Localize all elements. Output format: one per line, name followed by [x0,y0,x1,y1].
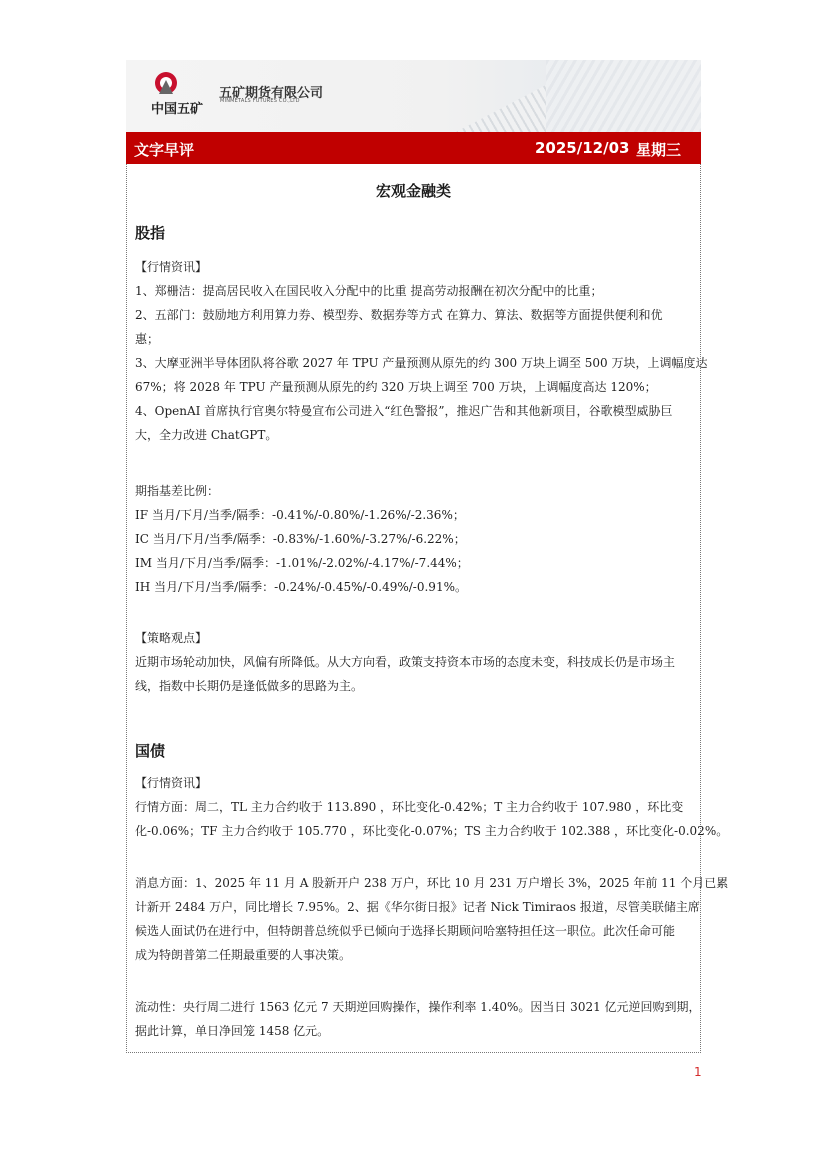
report-title: 文字早评 [134,139,194,160]
header-banner: 中国五矿 五矿期货有限公司 MINMETALS FUTURES CO.,LTD [126,60,701,132]
strategy-label: 【策略观点】 [135,630,207,646]
treasury-heading: 国债 [135,740,165,761]
report-body: 宏观金融类 股指 【行情资讯】 1、郑栅洁：提高居民收入在国民收入分配中的比重 … [126,164,701,1053]
liquidity-line: 流动性：央行周二进行 1563 亿元 7 天期逆回购操作，操作利率 1.40%。… [135,999,701,1015]
treasury-news-label: 【行情资讯】 [135,775,207,791]
banner-structure-graphic [456,85,546,132]
section-title: 宏观金融类 [127,180,700,201]
logo-text: 中国五矿 [151,98,203,117]
basis-line-if: IF 当月/下月/当季/隔季：-0.41%/-0.80%/-1.26%/-2.3… [135,507,465,523]
treasury-news-line: 消息方面：1、2025 年 11 月 A 股新开户 238 万户，环比 10 月… [135,875,728,891]
basis-line-im: IM 当月/下月/当季/隔季：-1.01%/-2.02%/-4.17%/-7.4… [135,555,469,571]
report-weekday: 星期三 [636,139,681,160]
news-line: 3、大摩亚洲半导体团队将谷歌 2027 年 TPU 产量预测从原先的约 300 … [135,355,707,371]
banner-glass-graphic [546,60,701,132]
news-line: 1、郑栅洁：提高居民收入在国民收入分配中的比重 提高劳动报酬在初次分配中的比重； [135,283,602,299]
treasury-news-line: 候选人面试仍在进行中，但特朗普总统似乎已倾向于选择长期顾问哈塞特担任这一职位。此… [135,923,675,939]
news-line: 67%；将 2028 年 TPU 产量预测从原先的约 320 万块上调至 700… [135,379,657,395]
basis-line-ih: IH 当月/下月/当季/隔季：-0.24%/-0.45%/-0.49%/-0.9… [135,579,467,595]
page-number: 1 [694,1065,702,1079]
liquidity-line: 据此计算，单日净回笼 1458 亿元。 [135,1023,329,1039]
report-title-bar: 文字早评 2025/12/03 星期三 [126,132,701,164]
basis-label: 期指基差比例： [135,483,219,499]
news-line: 4、OpenAI 首席执行官奥尔特曼宣布公司进入“红色警报”，推迟广告和其他新项… [135,403,672,419]
treasury-news-line: 成为特朗普第二任期最重要的人事决策。 [135,947,351,963]
strategy-line: 线，指数中长期仍是逢低做多的思路为主。 [135,678,363,694]
basis-line-ic: IC 当月/下月/当季/隔季：-0.83%/-1.60%/-3.27%/-6.2… [135,531,466,547]
market-line: 行情方面：周二，TL 主力合约收于 113.890 ，环比变化-0.42%；T … [135,799,683,815]
minmetals-logo-icon [155,72,179,94]
stock-index-heading: 股指 [135,222,165,243]
report-date: 2025/12/03 [535,139,629,157]
treasury-news-line: 计新开 2484 万户，同比增长 7.95%。2、据《华尔街日报》记者 Nick… [135,899,700,915]
news-line: 2、五部门：鼓励地方利用算力券、模型券、数据券等方式 在算力、算法、数据等方面提… [135,307,662,323]
stock-news-label: 【行情资讯】 [135,259,207,275]
news-line: 惠； [135,331,159,347]
market-line: 化-0.06%；TF 主力合约收于 105.770 ，环比变化-0.07%；TS… [135,823,728,839]
company-name-en: MINMETALS FUTURES CO.,LTD [220,98,300,104]
strategy-line: 近期市场轮动加快，风偏有所降低。从大方向看，政策支持资本市场的态度未变，科技成长… [135,654,675,670]
news-line: 大，全力改进 ChatGPT。 [135,427,277,443]
